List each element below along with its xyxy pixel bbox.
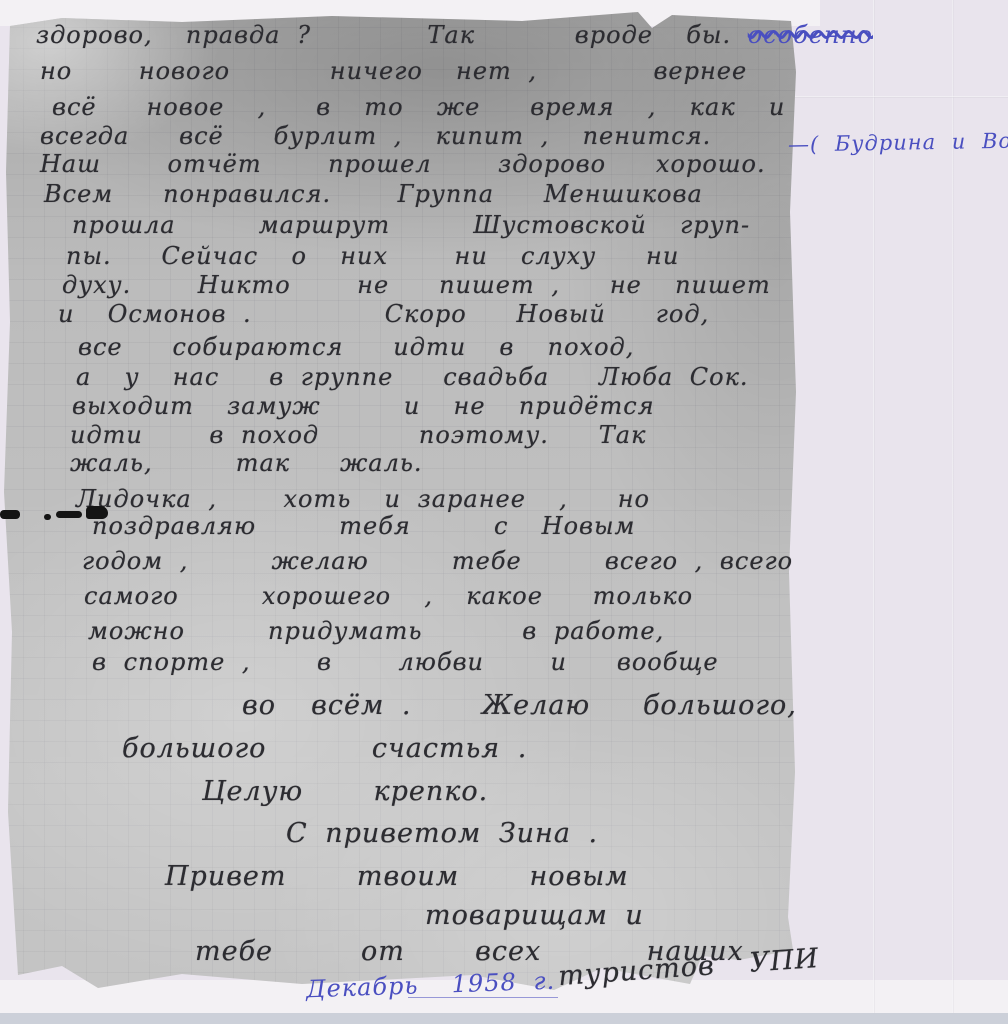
letter-line: в спорте , в любви и вообще: [92, 649, 719, 677]
letter-line: прошла маршрут Шустовской груп-: [72, 212, 750, 240]
letter-line-text: здорово, правда ? Так вроде бы.: [36, 21, 731, 49]
letter-line: можно придумать в работе,: [88, 618, 664, 646]
letter-line: Наш отчёт прошел здорово хорошо.: [40, 151, 766, 179]
letter-line: выходит замуж и не придётся: [72, 393, 655, 421]
letter-line: годом , желаю тебе всего , всего: [82, 548, 793, 576]
letter-line: самого хорошего , какое только: [84, 583, 693, 611]
letter-line: но нового ничего нет , вернее: [40, 58, 747, 86]
letter-line: всегда всё бурлит , кипит , пенится.: [40, 123, 711, 151]
letter-line: Целую крепко.: [202, 776, 488, 807]
scanner-edge-strip: [0, 1013, 1008, 1024]
scanned-letter-page: { "colors":{ "bg":"#e9e4ed", "backing":"…: [0, 0, 1008, 1024]
margin-note: —( Будрина и Вост. С: [788, 127, 1008, 156]
letter-line: товарищам и: [425, 900, 644, 931]
letter-line: поздравляю тебя с Новым: [92, 513, 635, 541]
letter-line: Привет твоим новым: [165, 861, 629, 892]
letter-line: во всём . Желаю большого,: [242, 690, 797, 721]
letter-line: большого счастья .: [122, 733, 527, 764]
letter-line: а у нас в группе свадьба Люба Сок.: [76, 364, 749, 392]
letter-line: все собираются идти в поход,: [78, 334, 634, 362]
ink-bleed-line: [408, 997, 558, 998]
letter-line: здорово, правда ? Так вроде бы. особенно: [36, 22, 873, 50]
letter-line: идти в поход поэтому. Так: [70, 422, 646, 450]
letter-line: Лидочка , хоть и заранее , но: [76, 486, 650, 514]
letter-line: Всем понравился. Группа Меншикова: [44, 181, 703, 209]
fold-mark: [86, 506, 108, 519]
letter-line: и Осмонов . Скоро Новый год,: [58, 301, 709, 329]
fold-mark: [56, 511, 82, 518]
letter-line: всё новое , в то же время , как и: [52, 94, 785, 122]
signature-line: С приветом Зина .: [286, 818, 598, 849]
fold-mark: [44, 514, 51, 520]
letter-line: духу. Никто не пишет , не пишет: [62, 272, 771, 300]
fold-mark: [0, 510, 20, 519]
struck-word: особенно: [748, 21, 873, 49]
letter-line: пы. Сейчас о них ни слуху ни: [66, 243, 679, 271]
letter-line: жаль, так жаль.: [70, 450, 423, 478]
fold-crease-horizontal: [792, 96, 1008, 98]
